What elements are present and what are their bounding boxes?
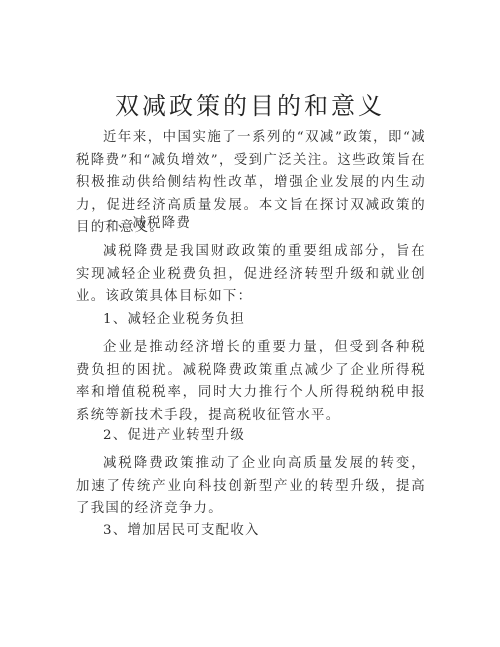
item-heading-1: 1、减轻企业税务负担 <box>103 310 245 330</box>
document-title: 双减政策的目的和意义 <box>0 86 500 121</box>
item-heading-3: 3、增加居民可支配收入 <box>103 521 260 541</box>
section-1-paragraph: 减税降费是我国财政政策的重要组成部分，旨在实现减轻企业税费负担，促进经济转型升级… <box>76 241 426 309</box>
document-page: 双减政策的目的和意义 近年来，中国实施了一系列的“双减”政策，即“减税降费”和“… <box>0 0 500 647</box>
item-heading-2: 2、促进产业转型升级 <box>103 426 245 446</box>
item-2-paragraph: 减税降费政策推动了企业向高质量发展的转变，加速了传统产业向科技创新型产业的转型升… <box>76 453 426 521</box>
item-1-paragraph: 企业是推动经济增长的重要力量，但受到各种税费负担的困扰。减税降费政策重点减少了企… <box>76 337 426 427</box>
section-heading-1: 一、减税降费 <box>103 214 191 234</box>
